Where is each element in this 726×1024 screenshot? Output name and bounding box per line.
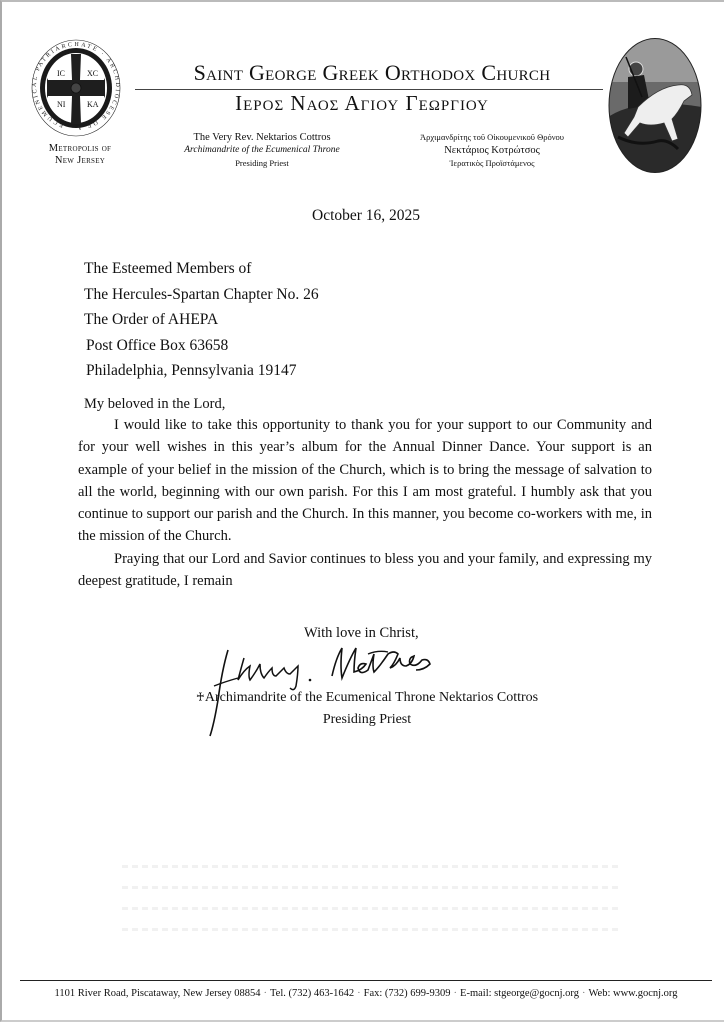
recipient-line: The Esteemed Members of bbox=[84, 256, 319, 282]
title-divider bbox=[135, 89, 603, 90]
metropolis-label: Metropolis of New Jersey bbox=[24, 143, 136, 167]
letter-body: I would like to take this opportunity to… bbox=[78, 414, 652, 592]
clergy-name-en: The Very Rev. Nektarios Cottros bbox=[162, 131, 362, 144]
metropolis-seal-icon: ECUMENICAL PATRIARCHATE · ARCHDIOCESE OF… bbox=[30, 36, 122, 140]
letter-page: ECUMENICAL PATRIARCHATE · ARCHDIOCESE OF… bbox=[0, 0, 724, 1022]
salutation: My beloved in the Lord, bbox=[84, 396, 225, 413]
body-paragraph: Praying that our Lord and Savior continu… bbox=[78, 548, 652, 593]
metropolis-label-line2: New Jersey bbox=[24, 155, 136, 167]
saint-george-icon bbox=[608, 37, 702, 174]
metropolis-label-line1: Metropolis of bbox=[24, 143, 136, 155]
church-name-english: Saint George Greek Orthodox Church bbox=[162, 60, 582, 86]
cross-icon: ♰ bbox=[196, 690, 205, 704]
recipient-line: Philadelphia, Pennsylvania 19147 bbox=[84, 358, 319, 384]
footer-web: Web: www.gocnj.org bbox=[588, 988, 677, 999]
clergy-title-gr: Ἀρχιμανδρίτης τοῦ Οἰκουμενικοῦ Θρόνου bbox=[387, 131, 597, 144]
bleed-through-artifact bbox=[122, 847, 622, 947]
seal-quadrant-ni: NI bbox=[57, 100, 66, 109]
recipient-line: The Hercules-Spartan Chapter No. 26 bbox=[84, 282, 319, 308]
signer-title: ♰Archimandrite of the Ecumenical Throne … bbox=[172, 690, 562, 706]
footer-contact: 1101 River Road, Piscataway, New Jersey … bbox=[20, 988, 712, 999]
footer-separator: · bbox=[451, 988, 461, 999]
recipient-address: The Esteemed Members of The Hercules-Spa… bbox=[84, 256, 319, 384]
church-name-greek: Ιερος Ναος Αγιου Γεωργιου bbox=[182, 91, 542, 116]
footer-divider bbox=[20, 980, 712, 981]
footer-tel: Tel. (732) 463-1642 bbox=[270, 988, 354, 999]
seal-quadrant-ic: IC bbox=[57, 69, 65, 78]
seal-quadrant-ka: KA bbox=[87, 100, 99, 109]
signer-title-text: Archimandrite of the Ecumenical Throne N… bbox=[205, 690, 538, 705]
footer-fax: Fax: (732) 699-9309 bbox=[364, 988, 451, 999]
letter-date: October 16, 2025 bbox=[312, 207, 420, 225]
clergy-title-en: Archimandrite of the Ecumenical Throne bbox=[162, 144, 362, 157]
clergy-block-english: The Very Rev. Nektarios Cottros Archiman… bbox=[162, 131, 362, 170]
clergy-role-gr: Ἱερατικὸς Προϊστάμενος bbox=[387, 157, 597, 170]
clergy-block-greek: Ἀρχιμανδρίτης τοῦ Οἰκουμενικοῦ Θρόνου Νε… bbox=[387, 131, 597, 170]
footer-separator: · bbox=[261, 988, 271, 999]
footer-separator: · bbox=[354, 988, 364, 999]
seal-quadrant-xc: XC bbox=[87, 69, 98, 78]
recipient-line: Post Office Box 63658 bbox=[84, 333, 319, 359]
clergy-role-en: Presiding Priest bbox=[162, 157, 362, 170]
signer-role: Presiding Priest bbox=[172, 712, 562, 728]
clergy-name-gr: Νεκτάριος Κοτρώτσος bbox=[387, 144, 597, 157]
body-paragraph: I would like to take this opportunity to… bbox=[78, 414, 652, 548]
footer-email: E-mail: stgeorge@gocnj.org bbox=[460, 988, 579, 999]
footer-address: 1101 River Road, Piscataway, New Jersey … bbox=[55, 988, 261, 999]
recipient-line: The Order of AHEPA bbox=[84, 307, 319, 333]
